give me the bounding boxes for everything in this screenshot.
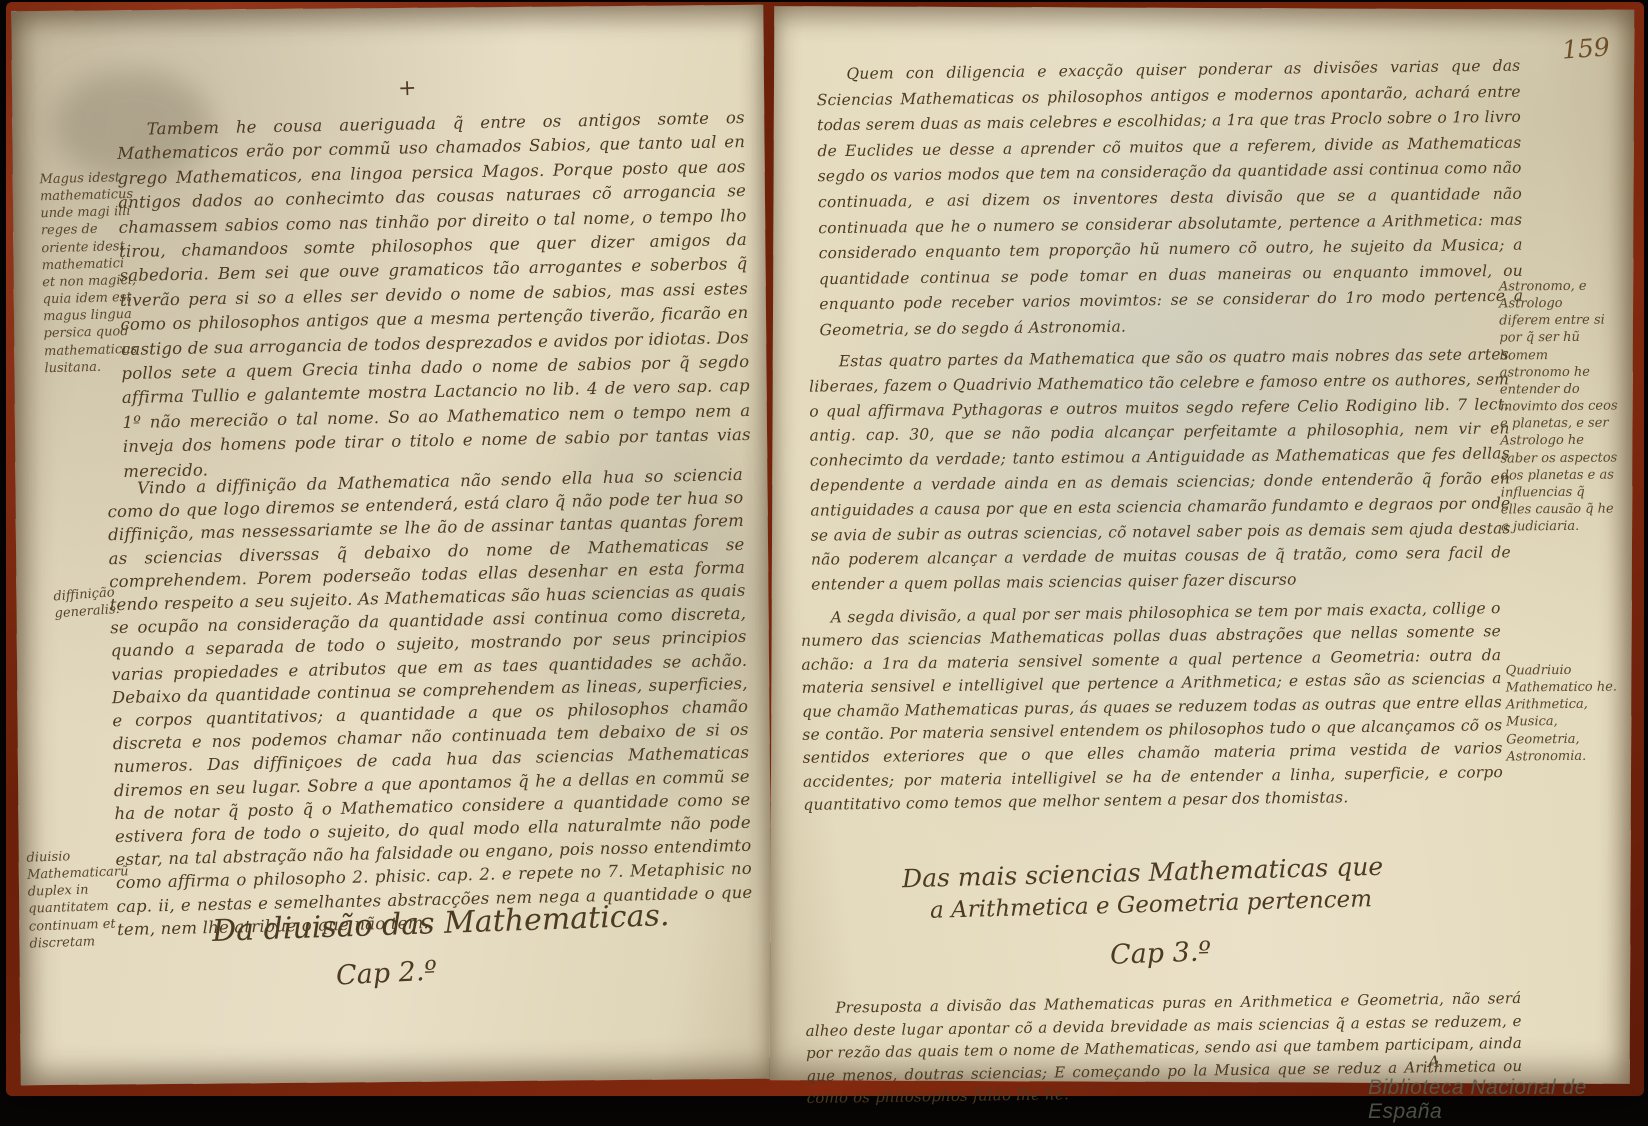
right-paragraph-1: Quem con diligencia e exacção quiser pon… bbox=[816, 54, 1523, 344]
page-number: 159 bbox=[1561, 32, 1611, 64]
margin-note-quadrivio: Quadriuio Mathematico he. Arithmetica, M… bbox=[1506, 662, 1619, 766]
margin-note-divisio: diuisio Mathematicarũ duplex in quantita… bbox=[26, 846, 126, 952]
left-paragraph-1: Tambem he cousa aueriguada q̃ entre os a… bbox=[117, 106, 752, 484]
right-paragraph-2: Estas quatro partes da Mathematica que s… bbox=[809, 342, 1512, 597]
left-paragraph-2: Vindo a diffinição da Mathematica não se… bbox=[107, 463, 753, 941]
manuscript-photo: + Magus idest mathematicus unde magi ill… bbox=[0, 0, 1648, 1126]
right-paragraph-3: A segda divisão, a qual por ser mais phi… bbox=[801, 597, 1504, 817]
catchword: A bbox=[1428, 1052, 1440, 1071]
bne-watermark: Biblioteca Nacional de España bbox=[1368, 1076, 1648, 1124]
margin-note-astronomo: Astronomo, e Astrologo diferem entre si … bbox=[1499, 277, 1619, 535]
right-chapter-label: Cap 3.º bbox=[1109, 936, 1211, 971]
left-chapter-label: Cap 2.º bbox=[335, 955, 438, 991]
cross-mark: + bbox=[398, 76, 418, 102]
